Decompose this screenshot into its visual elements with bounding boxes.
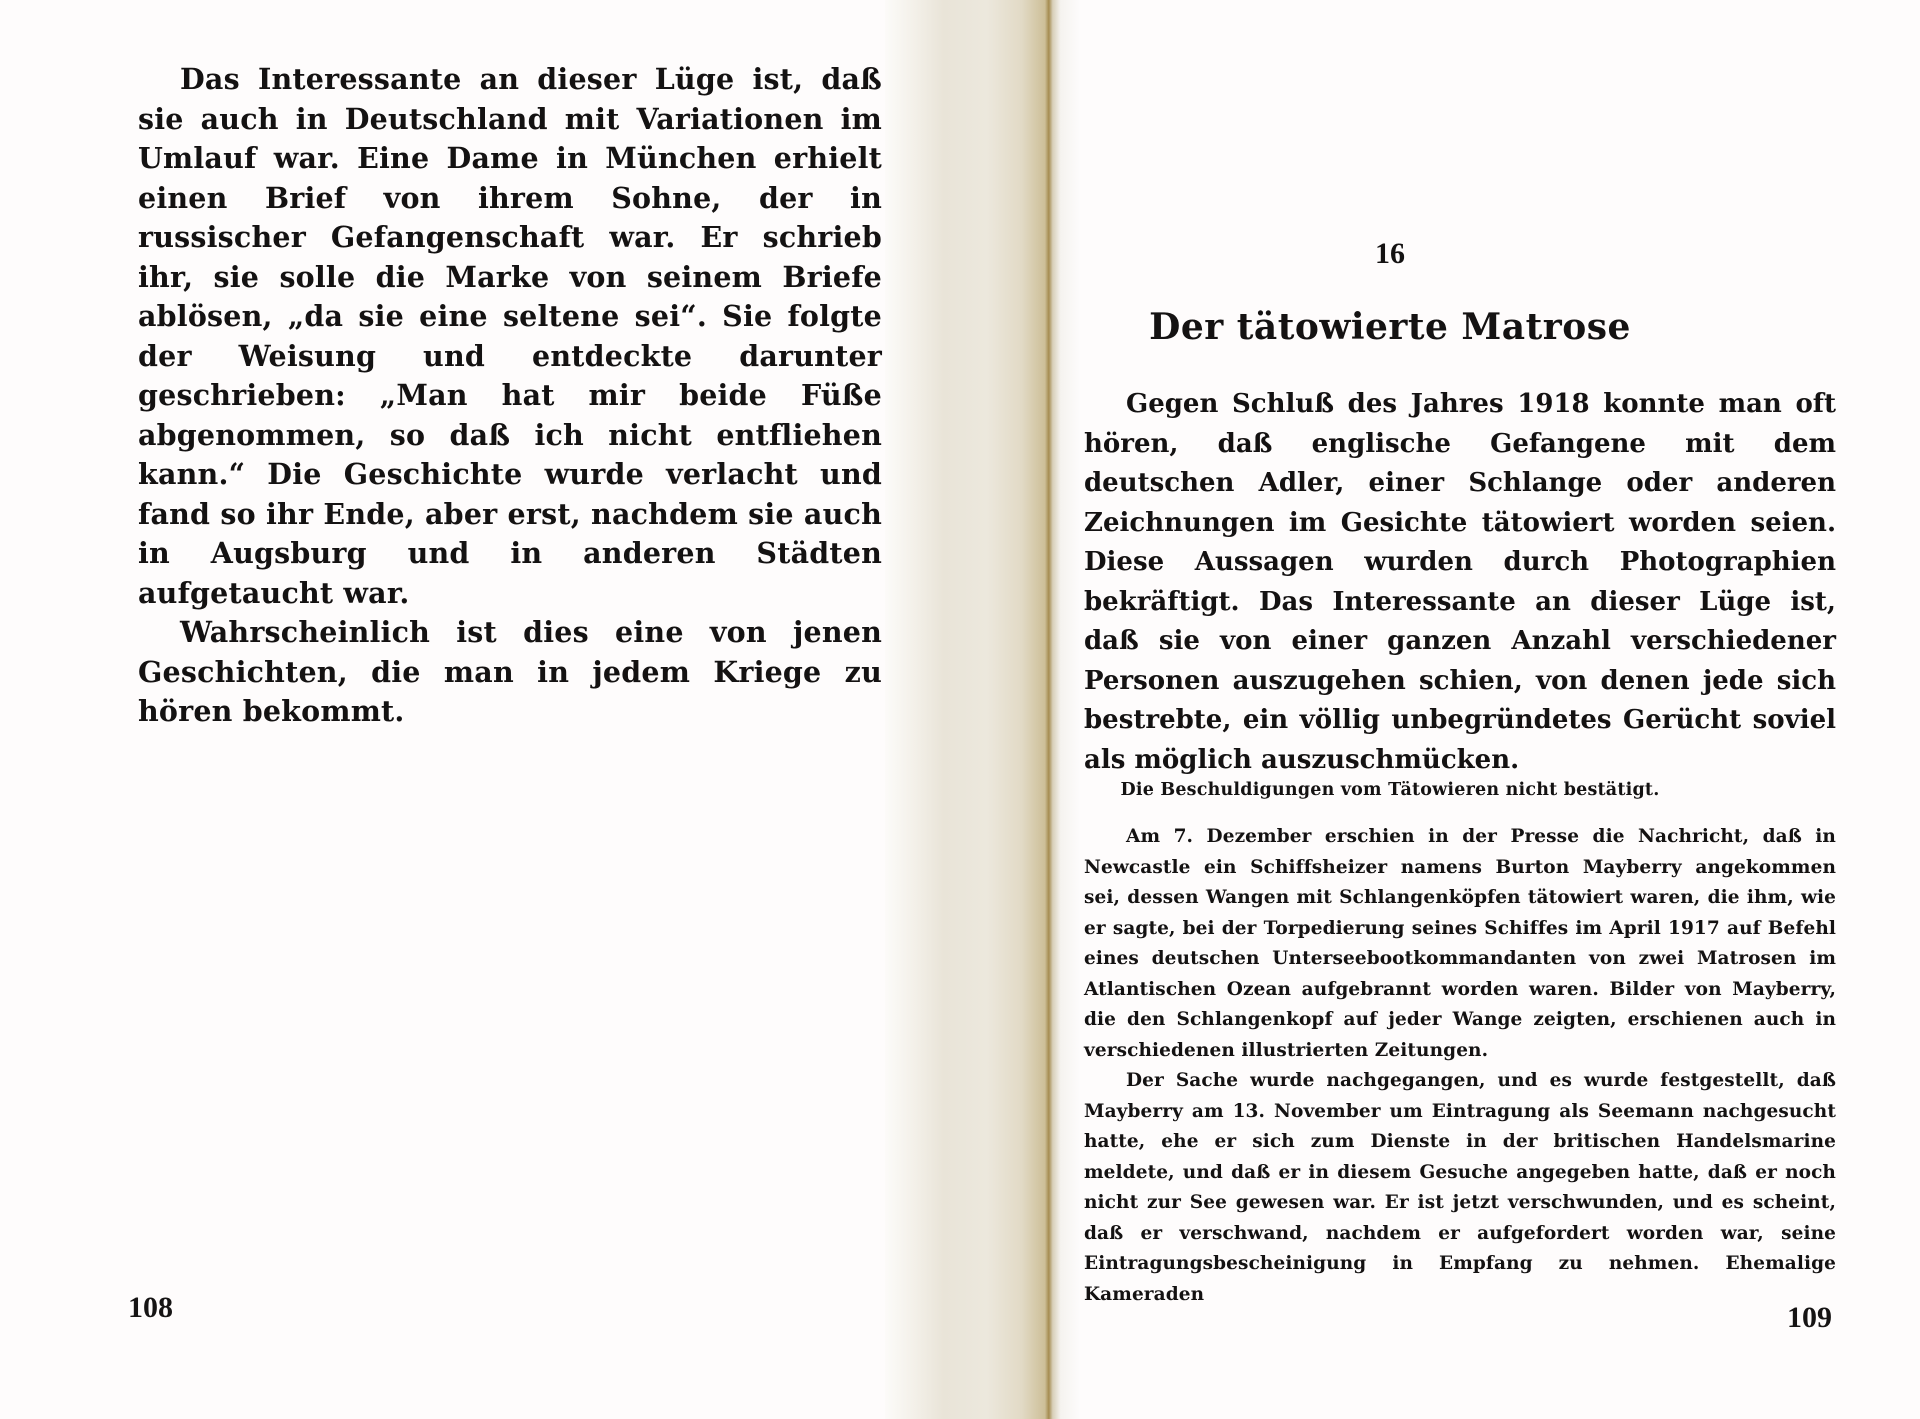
- chapter-title: Der tätowierte Matrose: [1080, 306, 1700, 348]
- book-spread: Das Interessante an dieser Lüge ist, daß…: [0, 0, 1920, 1419]
- quote-heading: Die Beschuldigungen vom Tätowieren nicht…: [1080, 780, 1700, 800]
- paragraph: Gegen Schluß des Jahres 1918 konnte man …: [1084, 385, 1836, 780]
- paragraph: Das Interessante an dieser Lüge ist, daß…: [138, 60, 882, 613]
- right-page: 16 Der tätowierte Matrose Gegen Schluß d…: [1080, 0, 1920, 1419]
- paragraph: Wahrscheinlich ist dies eine von jenen G…: [138, 613, 882, 732]
- left-page-body: Das Interessante an dieser Lüge ist, daß…: [138, 60, 882, 732]
- right-page-body: Gegen Schluß des Jahres 1918 konnte man …: [1084, 385, 1836, 780]
- chapter-number: 16: [1080, 237, 1700, 271]
- quoted-report: Am 7. Dezember erschien in der Presse di…: [1084, 822, 1836, 1310]
- page-number-right: 109: [1787, 1301, 1832, 1335]
- quote-paragraph: Am 7. Dezember erschien in der Presse di…: [1084, 822, 1836, 1066]
- page-number-left: 108: [128, 1291, 173, 1325]
- left-page: Das Interessante an dieser Lüge ist, daß…: [0, 0, 885, 1419]
- book-gutter: [885, 0, 1080, 1419]
- quote-paragraph: Der Sache wurde nachgegangen, und es wur…: [1084, 1066, 1836, 1310]
